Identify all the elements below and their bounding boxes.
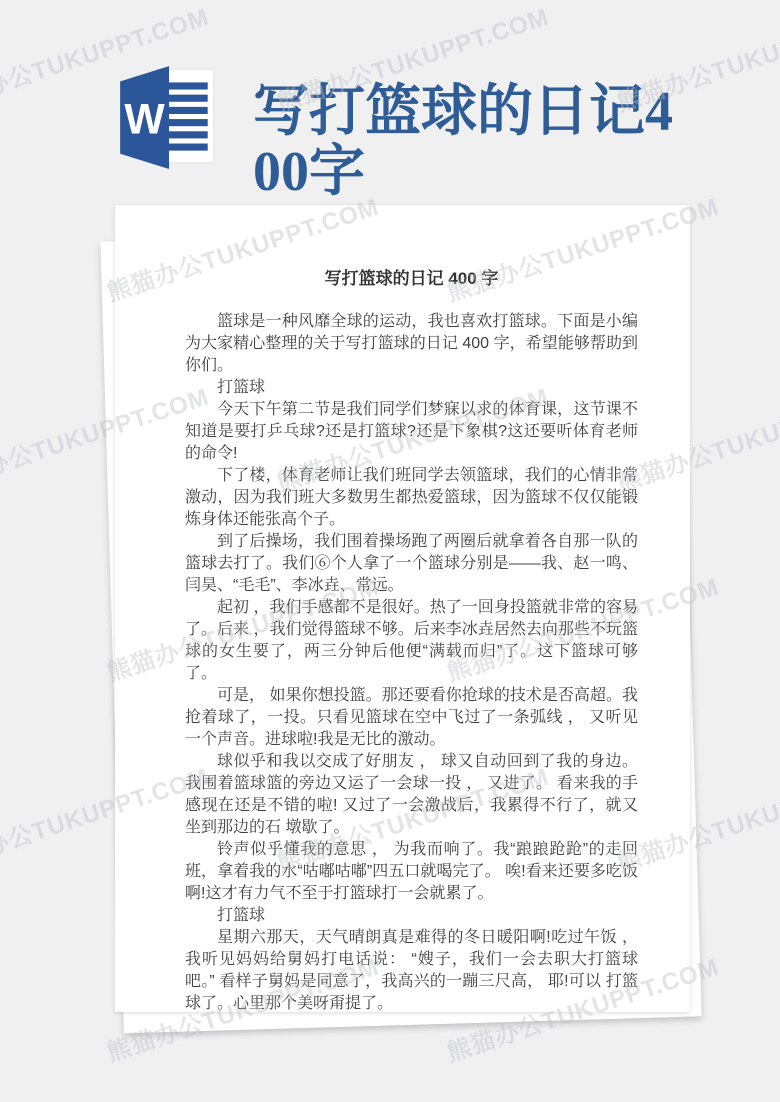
- document-paragraph: 铃声似乎懂我的意思 ， 为我而响了。我“踉踉跄跄”的走回班，拿着我的水“咕嘟咕嘟…: [185, 839, 638, 905]
- document-paragraph: 到了后操场，我们围着操场跑了两圈后就拿着各自那一队的篮球去打了。我们⑥个人拿了一…: [185, 531, 638, 597]
- page-title: 写打篮球的日记400字: [253, 82, 691, 202]
- document-heading: 写打篮球的日记 400 字: [185, 267, 638, 291]
- document-paragraph: 打篮球: [185, 377, 638, 399]
- document-paragraph: 星期六那天，天气晴朗真是难得的冬日暖阳啊!吃过午饭 ， 我听见妈妈给舅妈打电话说…: [185, 927, 638, 1015]
- document-paragraph: 打篮球: [185, 905, 638, 927]
- word-file-icon: W: [112, 58, 224, 172]
- document-page: 写打篮球的日记 400 字 篮球是一种风靡全球的运动，我也喜欢打篮球。下面是小编…: [115, 205, 690, 1012]
- document-paragraph: 起初 ，我们手感都不是很好。热了一回身投篮就非常的容易了。后来 ，我们觉得篮球不…: [185, 597, 638, 685]
- document-paragraph: 篮球是一种风靡全球的运动，我也喜欢打篮球。下面是小编为大家精心整理的关于写打篮球…: [185, 311, 638, 377]
- document-paragraph: 球似乎和我以交成了好朋友 ， 球又自动回到了我的身边。我围着篮球篮的旁边又运了一…: [185, 751, 638, 839]
- document-paragraph: 下了楼，体育老师让我们班同学去领篮球，我们的心情非常激动，因为我们班大多数男生都…: [185, 465, 638, 531]
- document-body: 篮球是一种风靡全球的运动，我也喜欢打篮球。下面是小编为大家精心整理的关于写打篮球…: [185, 311, 638, 1015]
- document-paragraph: 今天下午第二节是我们同学们梦寐以求的体育课，这节课不知道是要打乒乓球?还是打篮球…: [185, 399, 638, 465]
- word-icon-letter: W: [124, 95, 165, 143]
- page-canvas: W 写打篮球的日记400字 写打篮球的日记 400 字 篮球是一种风靡全球的运动…: [0, 0, 780, 1102]
- document-paragraph: 可是， 如果你想投篮。那还要看你抢球的技术是否高超。我抢着球了，一投。只看见篮球…: [185, 685, 638, 751]
